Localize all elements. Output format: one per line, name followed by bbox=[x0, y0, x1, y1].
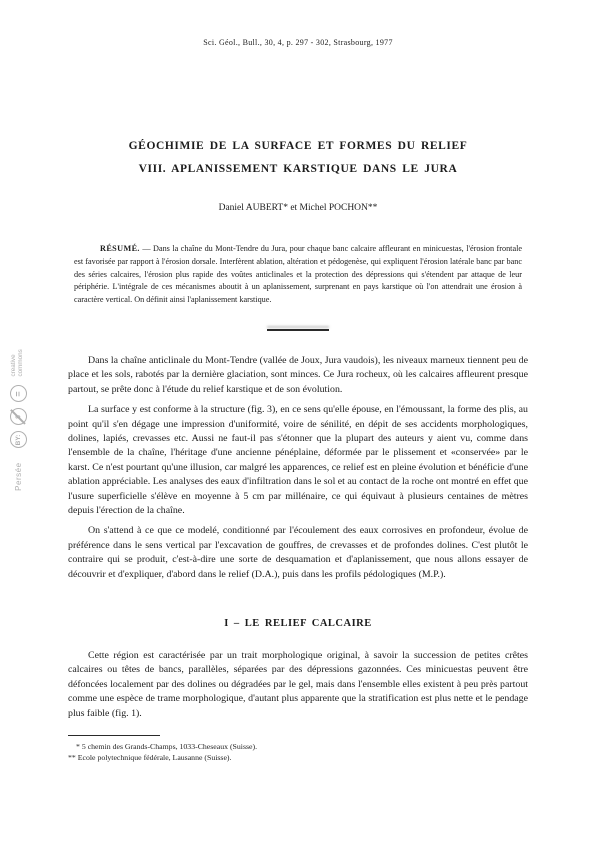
article-title-line1: GÉOCHIMIE DE LA SURFACE ET FORMES DU REL… bbox=[68, 135, 528, 158]
abstract-label: RÉSUMÉ. bbox=[100, 244, 140, 253]
persee-logo-text: Persée bbox=[14, 462, 23, 490]
introduction-section: Dans la chaîne anticlinale du Mont-Tendr… bbox=[68, 354, 528, 582]
intro-paragraph-3: On s'attend à ce que ce modelé, conditio… bbox=[68, 524, 528, 582]
intro-paragraph-2: La surface y est conforme à la structure… bbox=[68, 403, 528, 518]
cc-license-watermark: Persée BY: $ = creative commons bbox=[5, 329, 31, 511]
cc-nc-icon: $ bbox=[10, 408, 27, 425]
article-title-line2: VIII. APLANISSEMENT KARSTIQUE DANS LE JU… bbox=[68, 158, 528, 181]
cc-by-icon: BY: bbox=[10, 431, 27, 448]
abstract-paragraph: RÉSUMÉ. — Dans la chaîne du Mont-Tendre … bbox=[74, 243, 522, 307]
abstract-divider-wrap bbox=[68, 318, 528, 328]
cc-nd-label: = bbox=[13, 391, 23, 396]
footnote-author-1: * 5 chemin des Grands-Champs, 1033-Chese… bbox=[68, 741, 528, 752]
cc-nd-icon: = bbox=[10, 385, 27, 402]
journal-citation: Sci. Géol., Bull., 30, 4, p. 297 - 302, … bbox=[68, 38, 528, 47]
footnote-divider bbox=[68, 735, 160, 736]
footnotes: * 5 chemin des Grands-Champs, 1033-Chese… bbox=[68, 741, 528, 763]
cc-nc-strike bbox=[10, 409, 25, 424]
creative-commons-wordmark: creative commons bbox=[11, 349, 24, 376]
footnote-author-2: ** Ecole polytechnique fédérale, Lausann… bbox=[68, 752, 528, 763]
abstract-divider bbox=[267, 329, 329, 331]
section-1-body: Cette région est caractérisée par un tra… bbox=[68, 649, 528, 721]
cc-by-label: BY: bbox=[15, 435, 22, 446]
section-1-paragraph-1: Cette région est caractérisée par un tra… bbox=[68, 649, 528, 721]
authors-line: Daniel AUBERT* et Michel POCHON** bbox=[68, 203, 528, 213]
article-content: Sci. Géol., Bull., 30, 4, p. 297 - 302, … bbox=[68, 0, 528, 763]
article-title: GÉOCHIMIE DE LA SURFACE ET FORMES DU REL… bbox=[68, 135, 528, 181]
paper-page: Persée BY: $ = creative commons Sci. Géo… bbox=[0, 0, 595, 842]
abstract-text: — Dans la chaîne du Mont-Tendre du Jura,… bbox=[74, 244, 522, 304]
section-1-heading: I – LE RELIEF CALCAIRE bbox=[68, 618, 528, 629]
intro-paragraph-1: Dans la chaîne anticlinale du Mont-Tendr… bbox=[68, 354, 528, 397]
